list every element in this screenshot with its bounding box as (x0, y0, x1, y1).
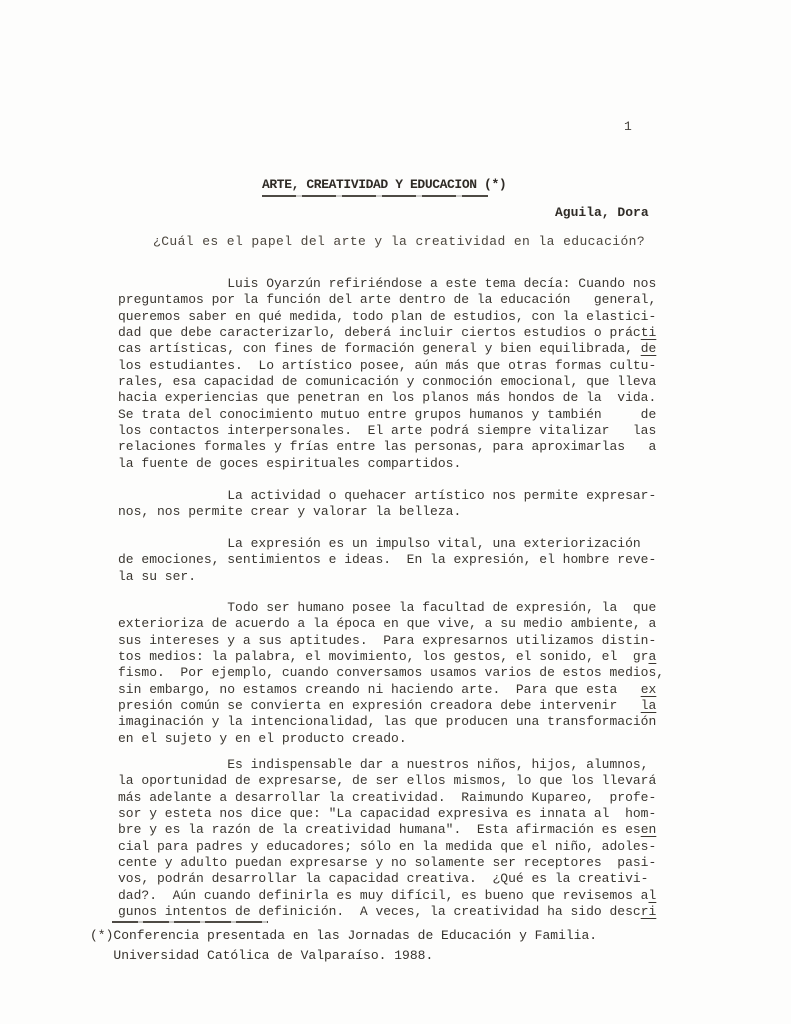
document-title-block: ARTE, CREATIVIDAD Y EDUCACION (*) (262, 177, 506, 197)
question-line: ¿Cuál es el papel del arte y la creativi… (153, 234, 645, 249)
text-line: cial para padres y educadores; sólo en l… (118, 839, 656, 855)
text-line: tos medios: la palabra, el movimiento, l… (118, 649, 664, 665)
text-line: Todo ser humano posee la facultad de exp… (118, 600, 664, 616)
text-line: bre y es la razón de la creatividad huma… (118, 822, 656, 838)
text-line: vos, podrán desarrollar la capacidad cre… (118, 871, 656, 887)
text-line: preguntamos por la función del arte dent… (118, 292, 656, 308)
text-line: cas artísticas, con fines de formación g… (118, 341, 656, 357)
text-line: Es indispensable dar a nuestros niños, h… (118, 757, 656, 773)
document-page: 1 ARTE, CREATIVIDAD Y EDUCACION (*) Agui… (0, 0, 791, 1024)
text-line: Luis Oyarzún refiriéndose a este tema de… (118, 276, 656, 292)
underlined-syllable: la (641, 698, 657, 713)
text-line: en el sujeto y en el producto creado. (118, 731, 664, 747)
text-line: sin embargo, no estamos creando ni hacie… (118, 682, 664, 698)
text-line: queremos saber en qué medida, todo plan … (118, 309, 656, 325)
underlined-syllable: de (641, 341, 657, 356)
text-line: los estudiantes. Lo artístico posee, aún… (118, 358, 656, 374)
text-line: la su ser. (118, 569, 656, 585)
text-line: exterioriza de acuerdo a la época en que… (118, 616, 664, 632)
text-line: presión común se convierta en expresión … (118, 698, 664, 714)
text-line: (*)Conferencia presentada en las Jornada… (90, 926, 597, 946)
text-line: fismo. Por ejemplo, cuando conversamos u… (118, 665, 664, 681)
text-line: gunos intentos de definición. A veces, l… (118, 904, 656, 920)
text-line: nos, nos permite crear y valorar la bell… (118, 504, 656, 520)
text-line: dad?. Aún cuando definirla es muy difíci… (118, 888, 656, 904)
underlined-syllable: a (649, 649, 657, 664)
text-line: dad que debe caracterizarlo, deberá incl… (118, 325, 656, 341)
paragraph-4: Todo ser humano posee la facultad de exp… (118, 600, 664, 747)
text-line: la fuente de goces espirituales comparti… (118, 456, 656, 472)
page-number: 1 (624, 119, 632, 134)
text-line: los contactos interpersonales. El arte p… (118, 423, 656, 439)
text-line: Universidad Católica de Valparaíso. 1988… (90, 946, 597, 966)
text-line: La actividad o quehacer artístico nos pe… (118, 488, 656, 504)
text-line: de emociones, sentimientos e ideas. En l… (118, 552, 656, 568)
title-underline (262, 195, 488, 197)
paragraph-3: La expresión es un impulso vital, una ex… (118, 536, 656, 585)
text-line: la oportunidad de expresarse, de ser ell… (118, 773, 656, 789)
text-line: relaciones formales y frías entre las pe… (118, 439, 656, 455)
text-line: sus intereses y a sus aptitudes. Para ex… (118, 633, 664, 649)
underlined-syllable: ex (641, 682, 657, 697)
text-line: rales, esa capacidad de comunicación y c… (118, 374, 656, 390)
text-line: imaginación y la intencionalidad, las qu… (118, 714, 664, 730)
text-line: más adelante a desarrollar la creativida… (118, 790, 656, 806)
text-line: cente y adulto puedan expresarse y no so… (118, 855, 656, 871)
paragraph-1: Luis Oyarzún refiriéndose a este tema de… (118, 276, 656, 472)
document-title: ARTE, CREATIVIDAD Y EDUCACION (*) (262, 177, 506, 192)
underlined-syllable: en (641, 822, 657, 837)
paragraph-2: La actividad o quehacer artístico nos pe… (118, 488, 656, 521)
author-name: Aguila, Dora (555, 205, 649, 220)
text-line: La expresión es un impulso vital, una ex… (118, 536, 656, 552)
underlined-syllable: ti (641, 325, 657, 340)
underlined-syllable: ri (641, 904, 657, 919)
footnote: (*)Conferencia presentada en las Jornada… (90, 926, 597, 965)
footnote-separator (112, 921, 268, 923)
paragraph-5: Es indispensable dar a nuestros niños, h… (118, 757, 656, 920)
text-line: sor y esteta nos dice que: "La capacidad… (118, 806, 656, 822)
text-line: hacia experiencias que penetran en los p… (118, 390, 656, 406)
underlined-syllable: l (649, 888, 657, 903)
text-line: Se trata del conocimiento mutuo entre gr… (118, 407, 656, 423)
